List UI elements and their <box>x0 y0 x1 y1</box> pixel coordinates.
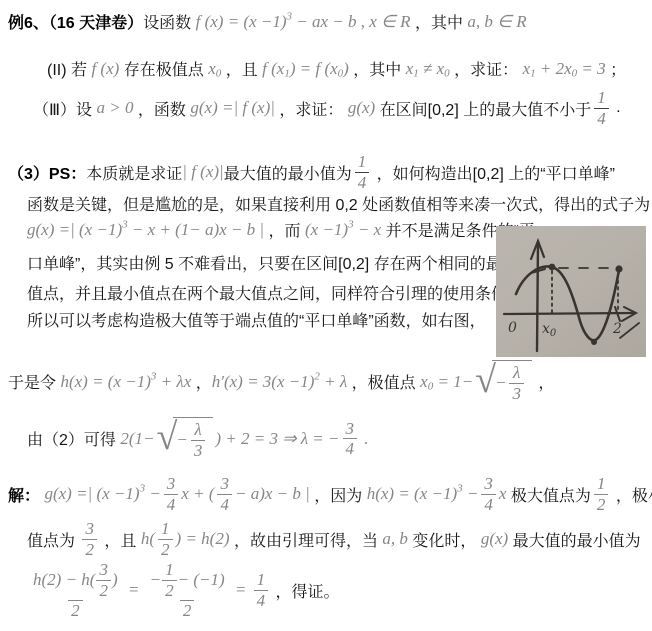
two-label: 2 <box>612 321 622 337</box>
max-point-right <box>615 265 622 272</box>
x-axis <box>504 313 633 314</box>
min-point <box>591 339 597 345</box>
problem-title-line: 例6、（16 天津卷）设函数 f (x) = (x −1)3 − ax − b … <box>8 10 527 33</box>
construct-h-line: 于是令 h(x) = (x −1)3 + λx ，h′(x) = 3(x −1)… <box>8 360 554 403</box>
radical-icon: √ <box>475 364 496 396</box>
max-point-left <box>549 264 556 271</box>
ps-line-4: 口单峰”，其实由例 5 不难看出，只要在区间[0,2] 存在两个相同的最大 <box>27 251 518 274</box>
ps-line-6: 所以可以考虑构造极大值等于端点值的“平口单峰”函数，如右图， <box>27 308 486 331</box>
lambda-solve-line: 由（2）可得 2(1−√−λ3) + 2 = 3 ⇒ λ = −34 . <box>27 417 369 460</box>
y-axis <box>537 242 538 351</box>
solution-line-3: h(2) − h(32)2 = −12− (−1)2 = 14 ，得证。 <box>27 560 340 621</box>
radical-icon: √ <box>157 421 178 453</box>
ps-line-5: 值点，并且最小值点在两个最大值点之间，同样符合引理的使用条件。 <box>27 281 523 304</box>
ps-line-3: g(x) =| (x −1)3 − x + (1− a)x − b | ，而 (… <box>27 218 535 241</box>
part-ii-line: (II) 若 f (x) 存在极值点 x0 ，且 f (x1) = f (x0)… <box>47 57 626 80</box>
handdrawn-graph-figure: 0 x0 2 <box>496 226 646 357</box>
origin-label: 0 <box>508 320 517 336</box>
solution-line-2: 值点为 32 ，且 h(12) = h(2) ，故由引理可得，当 a, b 变化… <box>27 519 641 559</box>
solution-line-1: 解： g(x) =| (x −1)3 −34x + (34− a)x − b |… <box>8 474 652 514</box>
part-iii-line: （Ⅲ）设 a > 0 ，函数 g(x) =| f (x)| ，求证： g(x) … <box>33 88 621 128</box>
ps-line-2: 函数是关键，但是尴尬的是，如果直接利用 0,2 处函数值相等来凑一次式，得出的式… <box>27 192 650 215</box>
graph-svg: 0 x0 2 <box>496 226 646 357</box>
ps-line-1: （3）PS：本质就是求证| f (x)|最大值的最小值为14 ，如何构造出[0,… <box>8 152 615 192</box>
